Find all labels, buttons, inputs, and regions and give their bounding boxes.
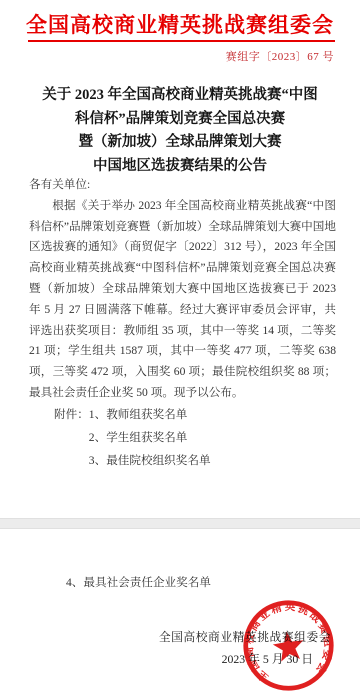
letterhead-divider-rule: [28, 40, 335, 42]
page-break-separator: [0, 518, 360, 529]
notice-title-line1: 关于 2023 年全国高校商业精英挑战赛“中图: [15, 84, 345, 108]
notice-title-line2: 科信杯”品牌策划竞赛全国总决赛: [15, 108, 345, 132]
body-paragraph: 根据《关于举办 2023 年全国高校商业精英挑战赛“中图科信杯”品牌策划竞赛暨（…: [29, 196, 336, 404]
attachments-block: 附件： 1、教师组获奖名单 2、学生组获奖名单 3、最佳院校组织奖名单: [54, 403, 211, 472]
attachment-item-1: 1、教师组获奖名单: [89, 403, 211, 426]
notice-body: 各有关单位: 根据《关于举办 2023 年全国高校商业精英挑战赛“中图科信杯”品…: [29, 175, 336, 404]
official-stamp: 全国高校商业精英挑战赛组委会: [235, 592, 342, 697]
letterhead-org-title: 全国高校商业精英挑战赛组委会: [0, 9, 360, 39]
notice-document-page: 全国高校商业精英挑战赛组委会 赛组字〔2023〕67 号 关于 2023 年全国…: [0, 0, 360, 697]
attachment-item-4: 4、最具社会责任企业奖名单: [66, 571, 211, 594]
notice-title-line3: 暨（新加坡）全球品牌策划大赛: [15, 131, 345, 155]
attachment-item-3: 3、最佳院校组织奖名单: [89, 449, 211, 472]
stamp-star-icon: [271, 629, 306, 662]
document-number: 赛组字〔2023〕67 号: [226, 48, 334, 64]
salutation: 各有关单位:: [29, 175, 336, 196]
notice-title: 关于 2023 年全国高校商业精英挑战赛“中图 科信杯”品牌策划竞赛全国总决赛 …: [15, 84, 345, 178]
attachments-label: 附件：: [54, 403, 89, 426]
attachments-list: 1、教师组获奖名单 2、学生组获奖名单 3、最佳院校组织奖名单: [89, 403, 211, 472]
attachment-item-2: 2、学生组获奖名单: [89, 426, 211, 449]
